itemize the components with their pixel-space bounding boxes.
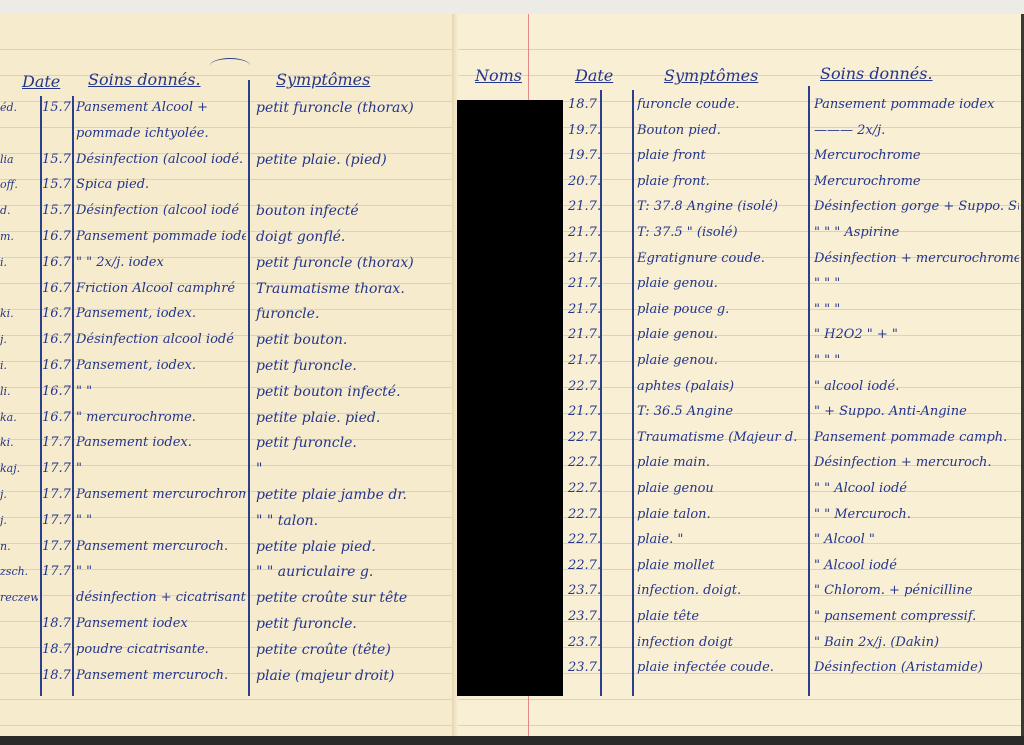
row-date: 22.7.	[568, 455, 601, 471]
row-soins: " " "	[814, 276, 1019, 292]
margin-name-fragment: m.	[0, 229, 38, 245]
row-soins: " "	[76, 513, 246, 529]
row-symptomes: petit bouton.	[256, 332, 347, 348]
row-soins: Mercurochrome	[814, 174, 1019, 190]
row-date: 16.7.	[42, 384, 75, 400]
row-symptomes: petite croûte sur tête	[256, 590, 407, 606]
row-date: 21.7.	[568, 327, 601, 343]
row-date: 17.7.	[42, 487, 75, 503]
margin-name-fragment: lia	[0, 152, 38, 168]
row-soins: Pansement iodex.	[76, 435, 246, 451]
row-symptomes: T: 36.5 Angine	[637, 404, 807, 420]
row-soins: pommade ichtyolée.	[76, 126, 246, 142]
margin-name-fragment: d.	[0, 203, 38, 219]
right-header-symptomes: Symptômes	[664, 68, 758, 84]
margin-name-fragment: zsch.	[0, 564, 38, 580]
row-symptomes: Traumatisme thorax.	[256, 281, 405, 297]
left-header-soins: Soins donnés.	[88, 72, 201, 88]
row-symptomes: " " talon.	[256, 513, 318, 529]
row-symptomes: petit furoncle (thorax)	[256, 100, 414, 116]
row-soins: Pansement mercuroch.	[76, 668, 246, 684]
scan-edge	[0, 736, 1024, 745]
row-date: 22.7.	[568, 481, 601, 497]
row-soins: Pansement Alcool +	[76, 100, 246, 116]
row-symptomes: bouton infecté	[256, 203, 359, 219]
row-soins: " " "	[814, 302, 1019, 318]
row-symptomes: Égratignure coude.	[637, 251, 807, 267]
row-date: 22.7.	[568, 379, 601, 395]
row-symptomes: petite croûte (tête)	[256, 642, 391, 658]
left-header-symptomes: Symptômes	[276, 72, 370, 88]
left-symptomes-rule	[248, 80, 250, 696]
row-symptomes: T: 37.5 " (isolé)	[637, 225, 807, 241]
row-date: 17.7.	[42, 564, 75, 580]
row-soins: Mercurochrome	[814, 148, 1019, 164]
right-header-noms: Noms	[475, 68, 522, 84]
row-date: 20.7.	[568, 174, 601, 190]
row-soins: " "	[76, 564, 246, 580]
row-symptomes: plaie genou.	[637, 276, 807, 292]
row-date: 23.7.	[568, 660, 601, 676]
row-date: 22.7.	[568, 430, 601, 446]
row-symptomes: plaie. "	[637, 532, 807, 548]
row-soins: Pansement pommade iodex	[814, 97, 1019, 113]
row-symptomes: infection. doigt.	[637, 583, 807, 599]
row-symptomes: plaie genou.	[637, 327, 807, 343]
row-date: 21.7.	[568, 225, 601, 241]
row-symptomes: plaie front.	[637, 174, 807, 190]
row-soins: " mercurochrome.	[76, 410, 246, 426]
row-soins: " " "	[814, 353, 1019, 369]
row-soins: " " " Aspirine	[814, 225, 1019, 241]
row-symptomes: petit furoncle (thorax)	[256, 255, 414, 271]
row-symptomes: plaie front	[637, 148, 807, 164]
row-soins: Friction Alcool camphré	[76, 281, 246, 297]
row-soins: " "	[76, 384, 246, 400]
row-soins: Pansement pommade iodex	[76, 229, 246, 245]
row-symptomes: plaie pouce g.	[637, 302, 807, 318]
row-symptomes: plaie talon.	[637, 507, 807, 523]
row-date: 19.7.	[568, 123, 601, 139]
row-date: 22.7.	[568, 558, 601, 574]
row-soins: " Alcool iodé	[814, 558, 1019, 574]
row-symptomes: petite plaie jambe dr.	[256, 487, 407, 503]
row-date: 16.7.	[42, 306, 75, 322]
row-soins: " pansement compressif.	[814, 609, 1019, 625]
arrow-annotation	[210, 58, 250, 73]
row-soins: Désinfection gorge + Suppo. Sulfa Aspiri…	[814, 199, 1019, 215]
row-soins: Pansement pommade camph.	[814, 430, 1019, 446]
row-soins: " " Alcool iodé	[814, 481, 1019, 497]
row-soins: Pansement iodex	[76, 616, 246, 632]
row-soins: Pansement, iodex.	[76, 358, 246, 374]
row-date: 18.7	[568, 97, 597, 113]
row-date: 22.7.	[568, 532, 601, 548]
margin-name-fragment: j.	[0, 513, 38, 529]
margin-name-fragment: éd.	[0, 100, 38, 116]
row-symptomes: plaie tête	[637, 609, 807, 625]
margin-name-fragment: j.	[0, 487, 38, 503]
row-symptomes: " " auriculaire g.	[256, 564, 373, 580]
row-date: 17.7.	[42, 513, 75, 529]
row-date: 18.7.	[42, 642, 75, 658]
row-symptomes: furoncle coude.	[637, 97, 807, 113]
margin-name-fragment: kaj.	[0, 461, 38, 477]
row-date: 15.7.	[42, 203, 75, 219]
row-symptomes: petit bouton infecté.	[256, 384, 401, 400]
row-symptomes: petit furoncle.	[256, 435, 357, 451]
row-soins: Spica pied.	[76, 177, 246, 193]
right-header-date: Date	[575, 68, 613, 84]
row-date: 23.7.	[568, 583, 601, 599]
row-date: 21.7.	[568, 199, 601, 215]
row-symptomes: infection doigt	[637, 635, 807, 651]
row-symptomes: plaie (majeur droit)	[256, 668, 395, 684]
row-date: 21.7.	[568, 276, 601, 292]
margin-name-fragment: off.	[0, 177, 38, 193]
row-symptomes: petit furoncle.	[256, 616, 357, 632]
row-date: 23.7.	[568, 635, 601, 651]
margin-name-fragment: ki.	[0, 306, 38, 322]
margin-name-fragment: reczewicz	[0, 590, 38, 606]
row-date: 15.7.	[42, 152, 75, 168]
margin-name-fragment: n.	[0, 539, 38, 555]
margin-name-fragment: ki.	[0, 435, 38, 451]
row-date: 15.7.	[42, 177, 75, 193]
row-date: 17.7.	[42, 461, 75, 477]
row-symptomes: doigt gonflé.	[256, 229, 345, 245]
row-date: 16.7.	[42, 358, 75, 374]
row-date: 21.7.	[568, 353, 601, 369]
row-symptomes: aphtes (palais)	[637, 379, 807, 395]
left-header-date: Date	[22, 74, 60, 90]
row-symptomes: plaie genou.	[637, 353, 807, 369]
row-soins: Pansement mercuroch.	[76, 539, 246, 555]
row-date: 16.7.	[42, 255, 75, 271]
row-symptomes: plaie main.	[637, 455, 807, 471]
row-date: 22.7.	[568, 507, 601, 523]
right-soins-rule	[808, 86, 810, 696]
row-soins: Désinfection (alcool iodé	[76, 203, 246, 219]
row-date: 23.7.	[568, 609, 601, 625]
row-soins: " Bain 2x/j. (Dakin)	[814, 635, 1019, 651]
row-date: 17.7.	[42, 435, 75, 451]
row-symptomes: petite plaie. (pied)	[256, 152, 387, 168]
row-soins: Pansement, iodex.	[76, 306, 246, 322]
row-symptomes: "	[256, 461, 262, 477]
row-soins: " Alcool "	[814, 532, 1019, 548]
right-symptomes-rule	[632, 90, 634, 696]
row-symptomes: petite plaie pied.	[256, 539, 376, 555]
margin-name-fragment: i.	[0, 358, 38, 374]
row-symptomes: T: 37.8 Angine (isolé)	[637, 199, 807, 215]
row-symptomes: Bouton pied.	[637, 123, 807, 139]
row-date: 18.7.	[42, 616, 75, 632]
row-date: 18.7.	[42, 668, 75, 684]
row-date: 21.7.	[568, 251, 601, 267]
row-symptomes: Traumatisme (Majeur d.	[637, 430, 807, 446]
row-soins: ——— 2x/j.	[814, 123, 1019, 139]
row-date: 16.7.	[42, 332, 75, 348]
row-soins: Désinfection (alcool iodé.	[76, 152, 246, 168]
row-soins: Désinfection + mercurochrome	[814, 251, 1019, 267]
row-soins: poudre cicatrisante.	[76, 642, 246, 658]
row-date: 15.7.	[42, 100, 75, 116]
row-soins: " + Suppo. Anti-Angine	[814, 404, 1019, 420]
row-soins: Pansement mercurochrome	[76, 487, 246, 503]
row-symptomes: petite plaie. pied.	[256, 410, 380, 426]
row-date: 17.7.	[42, 539, 75, 555]
redaction-box	[457, 100, 563, 696]
row-symptomes: plaie mollet	[637, 558, 807, 574]
row-soins: Désinfection alcool iodé	[76, 332, 246, 348]
row-soins: Désinfection (Aristamide)	[814, 660, 1019, 676]
margin-name-fragment: ka.	[0, 410, 38, 426]
row-soins: désinfection + cicatrisant.	[76, 590, 246, 606]
row-soins: " H2O2 " + "	[814, 327, 1019, 343]
margin-name-fragment: li.	[0, 384, 38, 400]
row-soins: " " Mercuroch.	[814, 507, 1019, 523]
row-soins: " " 2x/j. iodex	[76, 255, 246, 271]
row-date: 16.7.	[42, 229, 75, 245]
row-date: 16.7.	[42, 281, 75, 297]
row-soins: " Chlorom. + pénicilline	[814, 583, 1019, 599]
margin-name-fragment: i.	[0, 255, 38, 271]
margin-name-fragment: j.	[0, 332, 38, 348]
row-date: 21.7.	[568, 302, 601, 318]
row-soins: " alcool iodé.	[814, 379, 1019, 395]
row-symptomes: plaie infectée coude.	[637, 660, 807, 676]
row-date: 19.7.	[568, 148, 601, 164]
right-header-soins: Soins donnés.	[820, 66, 933, 82]
row-symptomes: plaie genou	[637, 481, 807, 497]
row-date: 16.7.	[42, 410, 75, 426]
row-date: 21.7.	[568, 404, 601, 420]
row-soins: Désinfection + mercuroch.	[814, 455, 1019, 471]
row-soins: "	[76, 461, 246, 477]
row-symptomes: furoncle.	[256, 306, 319, 322]
row-symptomes: petit furoncle.	[256, 358, 357, 374]
